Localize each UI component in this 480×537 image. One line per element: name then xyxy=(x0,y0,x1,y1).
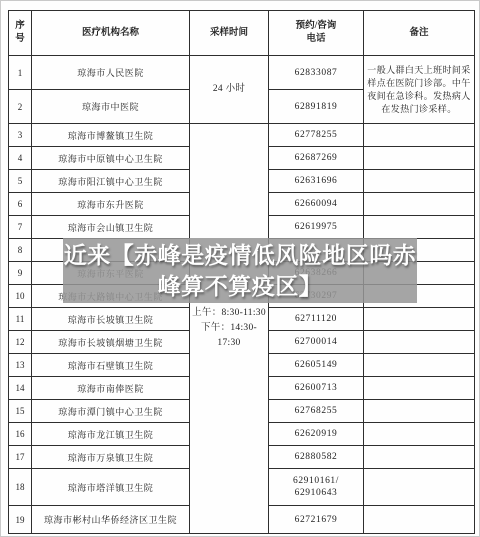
seq-cell: 10 xyxy=(9,285,32,308)
phone-cell: 62700014 xyxy=(269,331,364,354)
header-name: 医疗机构名称 xyxy=(32,11,190,56)
seq-cell: 8 xyxy=(9,239,32,262)
institution-name-cell: 琼海市东升医院 xyxy=(32,193,190,216)
seq-cell: 16 xyxy=(9,423,32,446)
table-row: 1琼海市人民医院24 小时62833087一般人群白天上班时间采样点在医院门诊部… xyxy=(9,56,475,90)
seq-cell: 5 xyxy=(9,170,32,193)
institution-name-cell: 琼海市石壁镇卫生院 xyxy=(32,354,190,377)
watermark-overlay: 近来【赤峰是疫情低风险地区吗赤 峰算不算疫区】 xyxy=(63,238,417,303)
remark-cell xyxy=(364,216,475,239)
seq-cell: 9 xyxy=(9,262,32,285)
remark-cell xyxy=(364,423,475,446)
phone-cell: 62687269 xyxy=(269,147,364,170)
institution-name-cell: 琼海市彬村山华侨经济区卫生院 xyxy=(32,506,190,534)
institution-name-cell: 琼海市人民医院 xyxy=(32,56,190,90)
institution-name-cell: 琼海市中医院 xyxy=(32,90,190,124)
remark-cell xyxy=(364,354,475,377)
institution-name-cell: 琼海市塔洋镇卫生院 xyxy=(32,469,190,506)
institution-name-cell: 琼海市阳江镇中心卫生院 xyxy=(32,170,190,193)
seq-cell: 13 xyxy=(9,354,32,377)
header-remark: 备注 xyxy=(364,11,475,56)
remark-cell xyxy=(364,446,475,469)
phone-cell: 62778255 xyxy=(269,124,364,147)
seq-cell: 7 xyxy=(9,216,32,239)
institution-name-cell: 琼海市潭门镇中心卫生院 xyxy=(32,400,190,423)
remark-cell xyxy=(364,331,475,354)
institution-name-cell: 琼海市博鳌镇卫生院 xyxy=(32,124,190,147)
phone-cell: 62631696 xyxy=(269,170,364,193)
page-background: 序号 医疗机构名称 采样时间 预约/咨询 电话 备注 1琼海市人民医院24 小时… xyxy=(0,0,480,537)
seq-cell: 6 xyxy=(9,193,32,216)
institution-name-cell: 琼海市中原镇中心卫生院 xyxy=(32,147,190,170)
phone-cell: 62660094 xyxy=(269,193,364,216)
header-phone: 预约/咨询 电话 xyxy=(269,11,364,56)
phone-cell: 62721679 xyxy=(269,506,364,534)
seq-cell: 17 xyxy=(9,446,32,469)
remark-cell xyxy=(364,308,475,331)
remark-cell xyxy=(364,506,475,534)
institution-name-cell: 琼海市长坡镇烟塘卫生院 xyxy=(32,331,190,354)
seq-cell: 11 xyxy=(9,308,32,331)
watermark-line-2: 峰算不算疫区】 xyxy=(158,271,323,302)
remark-cell: 一般人群白天上班时间采样点在医院门诊部。中午夜间在急诊科。发热病人在发热门诊采样… xyxy=(364,56,475,124)
sampling-time-cell: 上午：8:30-11:30 下午：14:30- 17:30 xyxy=(190,124,269,534)
phone-cell: 62600713 xyxy=(269,377,364,400)
remark-cell xyxy=(364,147,475,170)
phone-cell: 62833087 xyxy=(269,56,364,90)
remark-cell xyxy=(364,124,475,147)
remark-cell xyxy=(364,400,475,423)
sampling-time-cell: 24 小时 xyxy=(190,56,269,124)
institution-name-cell: 琼海市会山镇卫生院 xyxy=(32,216,190,239)
seq-cell: 3 xyxy=(9,124,32,147)
seq-cell: 12 xyxy=(9,331,32,354)
table-row: 3琼海市博鳌镇卫生院上午：8:30-11:30 下午：14:30- 17:306… xyxy=(9,124,475,147)
phone-cell: 62880582 xyxy=(269,446,364,469)
phone-cell: 62891819 xyxy=(269,90,364,124)
seq-cell: 19 xyxy=(9,506,32,534)
header-time: 采样时间 xyxy=(190,11,269,56)
phone-cell: 62910161/ 62910643 xyxy=(269,469,364,506)
seq-cell: 1 xyxy=(9,56,32,90)
table-header-row: 序号 医疗机构名称 采样时间 预约/咨询 电话 备注 xyxy=(9,11,475,56)
remark-cell xyxy=(364,469,475,506)
phone-cell: 62605149 xyxy=(269,354,364,377)
phone-cell: 62768255 xyxy=(269,400,364,423)
phone-cell: 62620919 xyxy=(269,423,364,446)
seq-cell: 14 xyxy=(9,377,32,400)
seq-cell: 15 xyxy=(9,400,32,423)
header-seq: 序号 xyxy=(9,11,32,56)
institution-name-cell: 琼海市南俸医院 xyxy=(32,377,190,400)
seq-cell: 2 xyxy=(9,90,32,124)
remark-cell xyxy=(364,377,475,400)
watermark-line-1: 近来【赤峰是疫情低风险地区吗赤 xyxy=(64,240,417,271)
institution-name-cell: 琼海市龙江镇卫生院 xyxy=(32,423,190,446)
remark-cell xyxy=(364,193,475,216)
phone-cell: 62711120 xyxy=(269,308,364,331)
seq-cell: 4 xyxy=(9,147,32,170)
seq-cell: 18 xyxy=(9,469,32,506)
institution-name-cell: 琼海市长坡镇卫生院 xyxy=(32,308,190,331)
institution-name-cell: 琼海市万泉镇卫生院 xyxy=(32,446,190,469)
phone-cell: 62619975 xyxy=(269,216,364,239)
remark-cell xyxy=(364,170,475,193)
